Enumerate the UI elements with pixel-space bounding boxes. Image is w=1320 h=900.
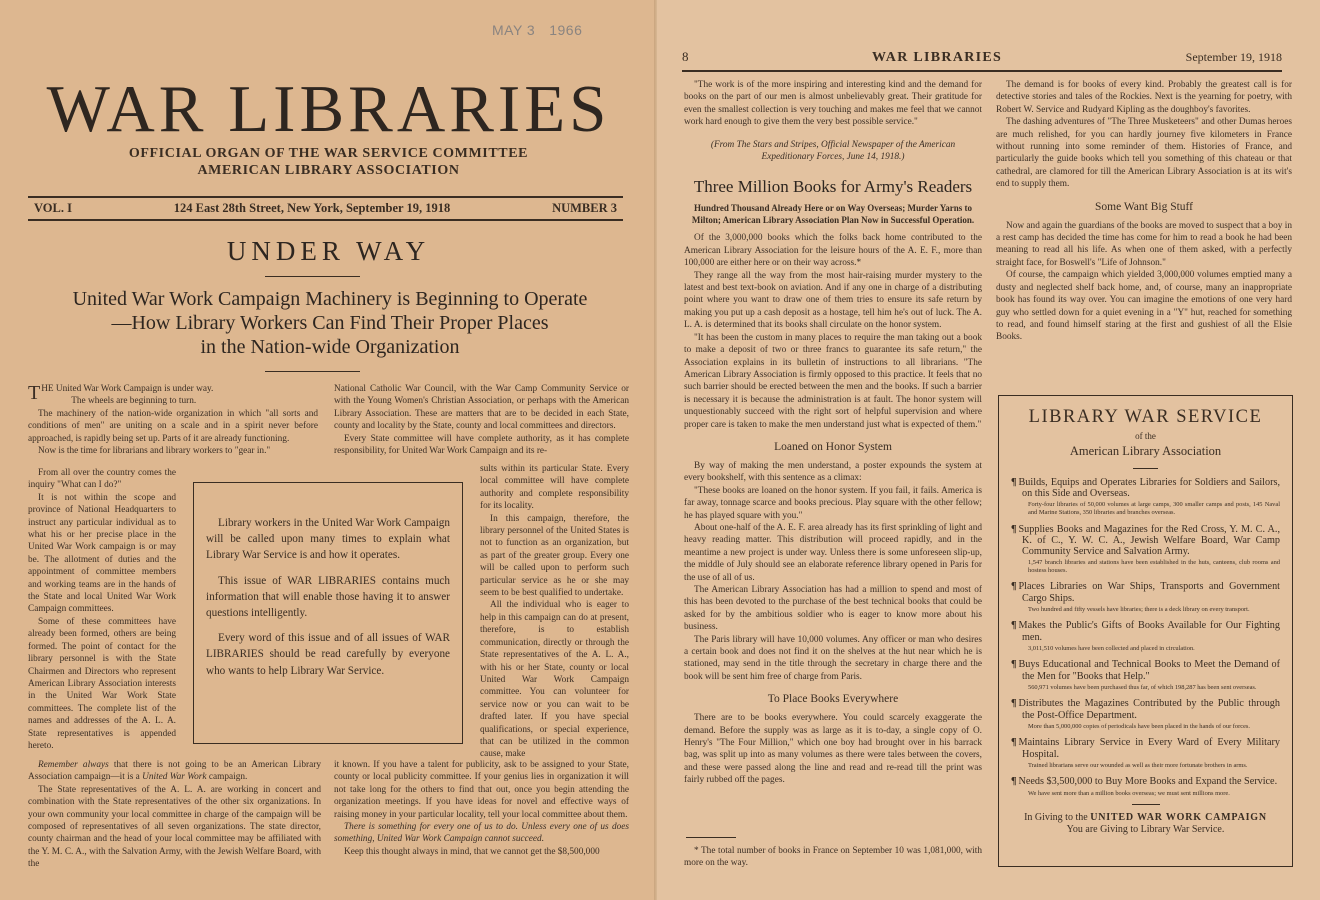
- item-heading: Supplies Books and Magazines for the Red…: [1019, 524, 1280, 557]
- section-body: There are to be books everywhere. You co…: [684, 712, 982, 786]
- section-heading: To Place Books Everywhere: [684, 693, 982, 705]
- column-1-bottom-text: Remember always that there is not going …: [28, 759, 321, 871]
- paragraph: There are to be books everywhere. You co…: [684, 712, 982, 786]
- service-item: ¶Needs $3,500,000 to Buy More Books and …: [1011, 776, 1280, 797]
- section-body: By way of making the men understand, a p…: [684, 460, 982, 683]
- footer-text: In Giving to the: [1024, 812, 1090, 823]
- section-heading: Some Want Big Stuff: [996, 201, 1292, 213]
- divider: [1133, 468, 1158, 469]
- item-note: 560,971 volumes have been purchased thus…: [1011, 684, 1280, 692]
- column-2-top-text: National Catholic War Council, with the …: [334, 383, 629, 457]
- pilcrow-icon: ¶: [1011, 659, 1017, 670]
- pilcrow-icon: ¶: [1011, 776, 1017, 787]
- paragraph: Of the 3,000,000 books which the folks b…: [684, 232, 982, 269]
- headline: UNDER WAY: [0, 236, 657, 267]
- paragraph: National Catholic War Council, with the …: [334, 383, 629, 433]
- item-note: Forty-four libraries of 50,000 volumes a…: [1011, 501, 1280, 516]
- date-stamp: MAY 31966: [492, 22, 582, 38]
- item-heading: Makes the Public's Gifts of Books Availa…: [1019, 620, 1280, 642]
- italic-paragraph: There is something for every one of us t…: [334, 821, 629, 846]
- pilcrow-icon: ¶: [1011, 737, 1017, 748]
- box-association: American Library Association: [1011, 444, 1280, 459]
- quote-block: "The work is of the more inspiring and i…: [684, 79, 982, 129]
- box-title: LIBRARY WAR SERVICE: [1011, 406, 1280, 428]
- service-item: ¶Supplies Books and Magazines for the Re…: [1011, 524, 1280, 575]
- paragraph: The Paris library will have 10,000 volum…: [684, 634, 982, 684]
- divider: [265, 276, 360, 277]
- paragraph: it known. If you have a talent for publi…: [334, 759, 629, 821]
- paragraph: Some of these committees have already be…: [28, 616, 176, 752]
- paragraph: "It has been the custom in many places t…: [684, 332, 982, 431]
- paragraph: Now and again the guardians of the books…: [996, 220, 1292, 270]
- pilcrow-icon: ¶: [1011, 620, 1017, 631]
- paragraph: "These books are loaned on the honor sys…: [684, 485, 982, 522]
- item-note: More than 5,000,000 copies of periodical…: [1011, 723, 1280, 731]
- quote-source: (From The Stars and Stripes, Official Ne…: [684, 139, 982, 164]
- intro-paragraph: Now is the time for librarians and libra…: [28, 445, 318, 457]
- box-footer: In Giving to the UNITED WAR WORK CAMPAIG…: [1011, 812, 1280, 835]
- left-page: MAY 31966 WAR LIBRARIES OFFICIAL ORGAN O…: [0, 0, 657, 900]
- item-heading: Buys Educational and Technical Books to …: [1019, 659, 1280, 681]
- article-deck: Hundred Thousand Already Here or on Way …: [684, 203, 982, 226]
- paragraph: About one-half of the A. E. F. area alre…: [684, 522, 982, 584]
- subhead-line-3: in the Nation-wide Organization: [20, 335, 640, 359]
- column-2-right-text: sults within its particular State. Every…: [480, 463, 629, 761]
- issue-number: NUMBER 3: [552, 201, 617, 216]
- item-heading: Distributes the Magazines Contributed by…: [1019, 698, 1280, 720]
- item-heading: Builds, Equips and Operates Libraries fo…: [1019, 477, 1280, 499]
- paragraph: The American Library Association has had…: [684, 584, 982, 634]
- paragraph: The State representatives of the A. L. A…: [28, 784, 321, 871]
- pilcrow-icon: ¶: [1011, 477, 1017, 488]
- paragraph: They range all the way from the most hai…: [684, 270, 982, 332]
- footnote-rule: [686, 837, 736, 838]
- item-note: 1,547 branch libraries and stations have…: [1011, 559, 1280, 574]
- column-1-text: From all over the country comes the inqu…: [28, 467, 176, 752]
- paragraph: Every State committee will have complete…: [334, 433, 629, 458]
- footnote: * The total number of books in France on…: [684, 845, 982, 870]
- intro-line-2: The wheels are beginning to turn.: [28, 395, 318, 407]
- page-number: 8: [682, 49, 689, 65]
- notice-paragraph: Library workers in the United War Work C…: [206, 515, 450, 564]
- right-column-1: "The work is of the more inspiring and i…: [684, 79, 982, 787]
- paragraph: Of course, the campaign which yielded 3,…: [996, 269, 1292, 343]
- footnote-text: * The total number of books in France on…: [684, 845, 982, 870]
- boxed-notice: Library workers in the United War Work C…: [193, 482, 463, 744]
- quote-text: "The work is of the more inspiring and i…: [684, 79, 982, 129]
- issue-bar: VOL. I 124 East 28th Street, New York, S…: [28, 196, 623, 221]
- box-of-the: of the: [1011, 431, 1280, 441]
- footer-line-2: You are Giving to Library War Service.: [1011, 824, 1280, 836]
- pilcrow-icon: ¶: [1011, 581, 1017, 592]
- paragraph: It is not within the scope and province …: [28, 492, 176, 616]
- masthead: WAR LIBRARIES: [0, 70, 657, 148]
- item-heading: Places Libraries on War Ships, Transport…: [1019, 581, 1280, 603]
- item-note: We have sent more than a million books o…: [1011, 790, 1280, 798]
- service-item: ¶Buys Educational and Technical Books to…: [1011, 659, 1280, 691]
- running-title: WAR LIBRARIES: [872, 50, 1002, 66]
- pilcrow-icon: ¶: [1011, 524, 1017, 535]
- organ-line: OFFICIAL ORGAN OF THE WAR SERVICE COMMIT…: [0, 145, 657, 179]
- subheadline: United War Work Campaign Machinery is Be…: [20, 287, 640, 359]
- service-item: ¶Distributes the Magazines Contributed b…: [1011, 698, 1280, 730]
- pilcrow-icon: ¶: [1011, 698, 1017, 709]
- service-item: ¶Builds, Equips and Operates Libraries f…: [1011, 477, 1280, 517]
- paragraph: By way of making the men understand, a p…: [684, 460, 982, 485]
- volume-label: VOL. I: [34, 201, 72, 216]
- italic-text: United War Work: [142, 772, 206, 782]
- divider: [1132, 804, 1160, 805]
- service-item: ¶Makes the Public's Gifts of Books Avail…: [1011, 620, 1280, 652]
- item-note: Two hundred and fifty vessels have libra…: [1011, 606, 1280, 614]
- item-heading: Maintains Library Service in Every Ward …: [1019, 737, 1280, 759]
- stamp-date: MAY 3: [492, 22, 535, 38]
- paragraph: The dashing adventures of "The Three Mus…: [996, 116, 1292, 190]
- notice-paragraph: This issue of WAR LIBRARIES contains muc…: [206, 573, 450, 622]
- paragraph: In this campaign, therefore, the library…: [480, 513, 629, 600]
- article-body: Of the 3,000,000 books which the folks b…: [684, 232, 982, 431]
- intro-text: THE United War Work Campaign is under wa…: [28, 383, 318, 457]
- subhead-line-1: United War Work Campaign Machinery is Be…: [20, 287, 640, 311]
- intro-line-1: HE United War Work Campaign is under way…: [41, 384, 213, 394]
- header-rule: [682, 70, 1282, 72]
- address-date: 124 East 28th Street, New York, Septembe…: [174, 201, 450, 216]
- service-item: ¶Places Libraries on War Ships, Transpor…: [1011, 581, 1280, 613]
- organ-line-1: OFFICIAL ORGAN OF THE WAR SERVICE COMMIT…: [0, 145, 657, 162]
- organ-line-2: AMERICAN LIBRARY ASSOCIATION: [0, 162, 657, 179]
- column-text: Now and again the guardians of the books…: [996, 220, 1292, 344]
- footer-campaign-name: UNITED WAR WORK CAMPAIGN: [1090, 812, 1267, 823]
- drop-cap: T: [28, 385, 40, 401]
- stamp-year: 1966: [549, 22, 582, 38]
- item-note: 3,011,510 volumes have been collected an…: [1011, 645, 1280, 653]
- intro-paragraph: The machinery of the nation-wide organiz…: [28, 408, 318, 445]
- italic-text: Remember always: [38, 760, 109, 770]
- paragraph: From all over the country comes the inqu…: [28, 467, 176, 492]
- paragraph: All the individual who is eager to help …: [480, 599, 629, 760]
- paragraph: The demand is for books of every kind. P…: [996, 79, 1292, 116]
- paragraph: sults within its particular State. Every…: [480, 463, 629, 513]
- subhead-line-2: —How Library Workers Can Find Their Prop…: [20, 311, 640, 335]
- divider: [265, 371, 360, 372]
- paragraph: Keep this thought always in mind, that w…: [334, 846, 629, 858]
- library-war-service-box: LIBRARY WAR SERVICE of the American Libr…: [998, 395, 1293, 867]
- right-column-2: The demand is for books of every kind. P…: [996, 79, 1292, 344]
- article-title: Three Million Books for Army's Readers: [684, 177, 982, 197]
- running-header: 8 WAR LIBRARIES September 19, 1918: [682, 49, 1282, 66]
- item-heading: Needs $3,500,000 to Buy More Books and E…: [1019, 776, 1278, 787]
- running-date: September 19, 1918: [1186, 50, 1282, 65]
- text: campaign.: [207, 772, 248, 782]
- notice-paragraph: Every word of this issue and of all issu…: [206, 630, 450, 679]
- column-2-bottom-text: it known. If you have a talent for publi…: [334, 759, 629, 858]
- service-item: ¶Maintains Library Service in Every Ward…: [1011, 737, 1280, 769]
- column-text: The demand is for books of every kind. P…: [996, 79, 1292, 191]
- section-heading: Loaned on Honor System: [684, 441, 982, 453]
- item-note: Trained librarians serve our wounded as …: [1011, 762, 1280, 770]
